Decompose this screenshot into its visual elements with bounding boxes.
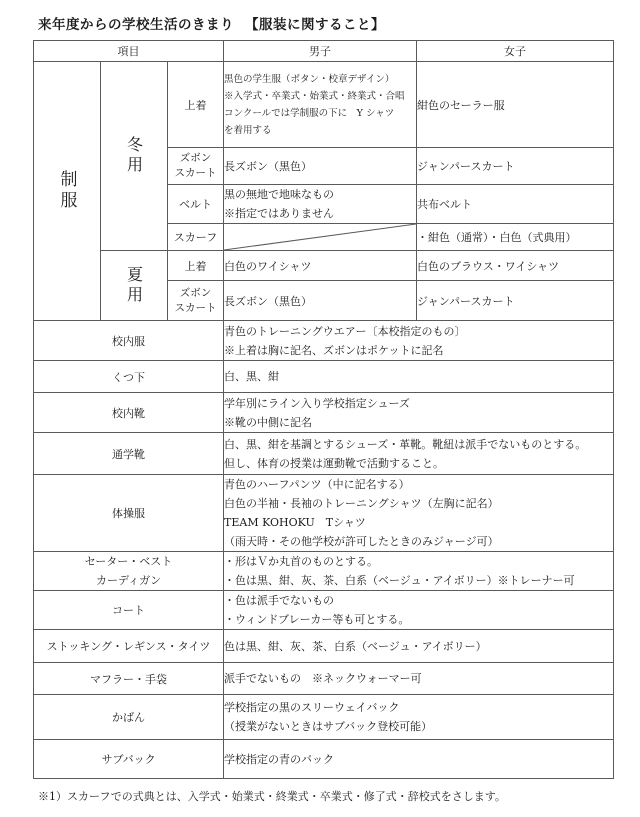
summer-zubon-boys-cell: 長ズボン（黒色） [224, 281, 417, 321]
winter-scarf-girls-cell: ・紺色（通常）・白色（式典用） [417, 224, 614, 251]
row-content-cell: 派手でないもの ※ネックウォーマー可 [224, 663, 614, 695]
row-gym-clothes: 体操服 青色のハーフパンツ（中に記名する） 白色の半袖・長袖のトレーニングシャツ… [34, 475, 614, 552]
text-line: 学校指定の黒のスリーウェイバック [224, 698, 613, 717]
page-title: 来年度からの学校生活のきまり【服装に関すること】 [38, 13, 385, 33]
row-commute-shoes: 通学靴 白、黒、紺を基調とするシューズ・革靴。靴紐は派手でないものとする。 但し… [34, 433, 614, 475]
text-line: 白、黒、紺を基調とするシューズ・革靴。靴紐は派手でないものとする。 [224, 435, 613, 454]
row-coat: コート ・色は派手でないもの ・ウィンドブレーカー等も可とする。 [34, 591, 614, 630]
winter-uwagi-row: 制服 冬用 上着 黒色の学生服（ボタン・校章デザイン） ※入学式・卒業式・始業式… [34, 62, 614, 148]
winter-zubon-boys-cell: 長ズボン（黒色） [224, 148, 417, 185]
text-line: 青色のハーフパンツ（中に記名する） [224, 475, 613, 494]
summer-zubon-label-cell: ズボン スカート [168, 281, 224, 321]
row-label-cell: サブバック [34, 740, 224, 779]
text-line: 黒の無地で地味なもの [224, 185, 416, 204]
text-line: コンクールでは学制服の下に Y シャツ [224, 105, 416, 122]
text-line: ※靴の中側に記名 [224, 413, 613, 432]
summer-label-cell: 夏用 [101, 251, 168, 321]
text-line: 白色の半袖・長袖のトレーニングシャツ（左胸に記名） [224, 494, 613, 513]
row-subbag: サブバック 学校指定の青のバック [34, 740, 614, 779]
title-main: 来年度からの学校生活のきまり [38, 17, 234, 33]
row-content-cell: ・色は派手でないもの ・ウィンドブレーカー等も可とする。 [224, 591, 614, 630]
clothing-rules-table: 項目 男子 女子 制服 冬用 上着 黒色の学生服（ボタン・校章デザイン） ※入学… [33, 40, 614, 779]
text-line: （雨天時・その他学校が許可したときのみジャージ可） [224, 532, 613, 551]
row-content-cell: 学年別にライン入り学校指定シューズ ※靴の中側に記名 [224, 393, 614, 433]
row-muffler: マフラー・手袋 派手でないもの ※ネックウォーマー可 [34, 663, 614, 695]
summer-zubon-girls-cell: ジャンパースカート [417, 281, 614, 321]
text-line: ※入学式・卒業式・始業式・終業式・合唱 [224, 88, 416, 105]
text-line: スカート [168, 166, 223, 181]
text-line: ・形はＶか丸首のものとする。 [224, 552, 613, 571]
header-boys-cell: 男子 [224, 41, 417, 62]
summer-uwagi-girls-cell: 白色のブラウス・ワイシャツ [417, 251, 614, 281]
winter-belt-boys-cell: 黒の無地で地味なもの ※指定ではありません [224, 185, 417, 224]
text-line: ズボン [168, 286, 223, 301]
text-line: ・ウィンドブレーカー等も可とする。 [224, 610, 613, 629]
winter-belt-girls-cell: 共布ベルト [417, 185, 614, 224]
text-line: （授業がないときはサブバック登校可能） [224, 717, 613, 736]
text-line: ※上着は胸に記名、ズボンはポケットに記名 [224, 341, 613, 360]
row-content-cell: 白、黒、紺 [224, 361, 614, 393]
row-label-cell: セーター・ベスト カーディガン [34, 552, 224, 591]
winter-uwagi-girls-cell: 紺色のセーラー服 [417, 62, 614, 148]
row-content-cell: ・形はＶか丸首のものとする。 ・色は黒、紺、灰、茶、白系（ベージュ・アイボリー）… [224, 552, 614, 591]
text-line: ズボン [168, 151, 223, 166]
winter-label-cell: 冬用 [101, 62, 168, 251]
header-row: 項目 男子 女子 [34, 41, 614, 62]
header-item-cell: 項目 [34, 41, 224, 62]
row-label-cell: かばん [34, 695, 224, 740]
row-label-cell: マフラー・手袋 [34, 663, 224, 695]
row-label-cell: 体操服 [34, 475, 224, 552]
footnote: ※1）スカーフでの式典とは、入学式・始業式・終業式・卒業式・修了式・辞校式をさし… [38, 788, 506, 804]
text-line: 派手でないもの ※ネックウォーマー可 [224, 669, 613, 688]
text-line: スカート [168, 301, 223, 316]
row-content-cell: 青色のハーフパンツ（中に記名する） 白色の半袖・長袖のトレーニングシャツ（左胸に… [224, 475, 614, 552]
row-content-cell: 白、黒、紺を基調とするシューズ・革靴。靴紐は派手でないものとする。 但し、体育の… [224, 433, 614, 475]
text-line: 青色のトレーニングウエアー〔本校指定のもの〕 [224, 322, 613, 341]
winter-uwagi-boys-cell: 黒色の学生服（ボタン・校章デザイン） ※入学式・卒業式・始業式・終業式・合唱 コ… [224, 62, 417, 148]
row-indoor-shoes: 校内靴 学年別にライン入り学校指定シューズ ※靴の中側に記名 [34, 393, 614, 433]
text-line: 学校指定の青のバック [224, 750, 613, 769]
winter-belt-label-cell: ベルト [168, 185, 224, 224]
row-school-wear: 校内服 青色のトレーニングウエアー〔本校指定のもの〕 ※上着は胸に記名、ズボンは… [34, 321, 614, 361]
text-line: ・色は黒、紺、灰、茶、白系（ベージュ・アイボリー）※トレーナー可 [224, 571, 613, 590]
row-label-cell: くつ下 [34, 361, 224, 393]
title-bracket: 【服装に関すること】 [245, 17, 385, 33]
text-line: 但し、体育の授業は運動靴で活動すること。 [224, 454, 613, 473]
winter-scarf-label-cell: スカーフ [168, 224, 224, 251]
summer-label: 夏用 [123, 266, 146, 306]
document-page: 来年度からの学校生活のきまり【服装に関すること】 項目 男子 女子 制服 冬用 … [0, 0, 640, 817]
winter-uwagi-label-cell: 上着 [168, 62, 224, 148]
text-line: 色は黒、紺、灰、茶、白系（ベージュ・アイボリー） [224, 637, 613, 656]
header-girls-cell: 女子 [417, 41, 614, 62]
text-line: ・色は派手でないもの [224, 591, 613, 610]
row-content-cell: 学校指定の青のバック [224, 740, 614, 779]
summer-uwagi-boys-cell: 白色のワイシャツ [224, 251, 417, 281]
text-line: 白、黒、紺 [224, 367, 613, 386]
text-line: 学年別にライン入り学校指定シューズ [224, 394, 613, 413]
row-label-cell: 校内靴 [34, 393, 224, 433]
row-label-cell: ストッキング・レギンス・タイツ [34, 630, 224, 663]
text-line: カーディガン [34, 571, 223, 590]
winter-zubon-label-cell: ズボン スカート [168, 148, 224, 185]
text-line: ※指定ではありません [224, 204, 416, 223]
winter-label: 冬用 [123, 136, 146, 176]
row-content-cell: 学校指定の黒のスリーウェイバック （授業がないときはサブバック登校可能） [224, 695, 614, 740]
row-label-cell: コート [34, 591, 224, 630]
row-content-cell: 色は黒、紺、灰、茶、白系（ベージュ・アイボリー） [224, 630, 614, 663]
text-line: セーター・ベスト [34, 552, 223, 571]
row-sweater: セーター・ベスト カーディガン ・形はＶか丸首のものとする。 ・色は黒、紺、灰、… [34, 552, 614, 591]
uniform-label-cell: 制服 [34, 62, 101, 321]
summer-uwagi-label-cell: 上着 [168, 251, 224, 281]
winter-zubon-girls-cell: ジャンパースカート [417, 148, 614, 185]
text-line: 黒色の学生服（ボタン・校章デザイン） [224, 71, 416, 88]
row-stockings: ストッキング・レギンス・タイツ 色は黒、紺、灰、茶、白系（ベージュ・アイボリー） [34, 630, 614, 663]
text-line: を着用する [224, 122, 416, 139]
row-socks: くつ下 白、黒、紺 [34, 361, 614, 393]
row-content-cell: 青色のトレーニングウエアー〔本校指定のもの〕 ※上着は胸に記名、ズボンはポケット… [224, 321, 614, 361]
row-label-cell: 校内服 [34, 321, 224, 361]
row-bag: かばん 学校指定の黒のスリーウェイバック （授業がないときはサブバック登校可能） [34, 695, 614, 740]
winter-scarf-boys-cell [224, 224, 417, 251]
diagonal-slash-icon [224, 224, 416, 250]
row-label-cell: 通学靴 [34, 433, 224, 475]
uniform-label: 制服 [55, 170, 80, 212]
summer-uwagi-row: 夏用 上着 白色のワイシャツ 白色のブラウス・ワイシャツ [34, 251, 614, 281]
text-line: TEAM KOHOKU Tシャツ [224, 513, 613, 532]
